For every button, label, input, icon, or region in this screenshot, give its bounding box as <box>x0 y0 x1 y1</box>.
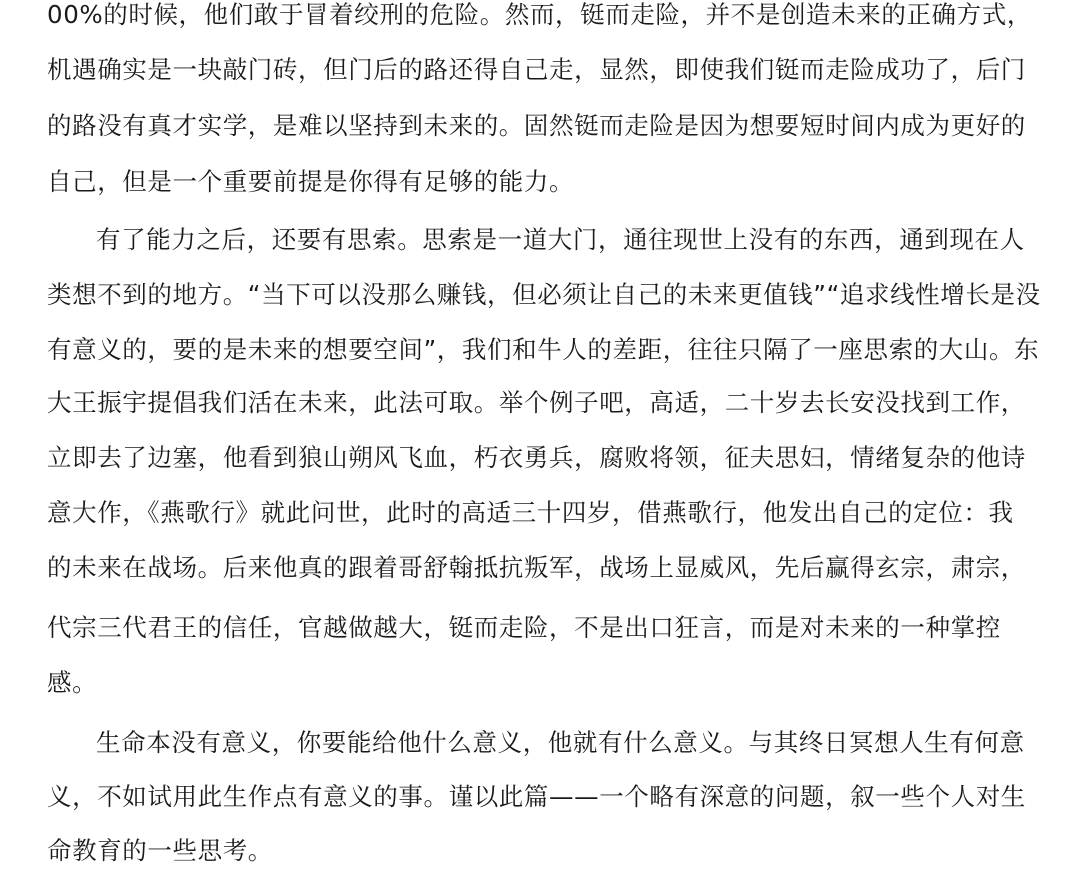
text-line: 意大作，《燕歌行》就此问世，此时的高适三十四岁，借燕歌行，他发出自己的定位：我 <box>47 498 1014 528</box>
text-line: 有了能力之后，还要有思索。思索是一道大门，通往现世上没有的东西，通到现在人 <box>96 225 1025 255</box>
text-line: 的未来在战场。后来他真的跟着哥舒翰抵抗叛军，战场上显威风，先后赢得玄宗，肃宗， <box>47 553 1026 583</box>
text-line: 00%的时候，他们敢于冒着绞刑的危险。然而，铤而走险，并不是创造未来的正确方式， <box>47 0 1032 30</box>
text-line: 类想不到的地方。“当下可以没那么赚钱，但必须让自己的未来更值钱”“追求线性增长是… <box>47 280 1041 310</box>
text-line: 代宗三代君王的信任，官越做越大，铤而走险，不是出口狂言，而是对未来的一种掌控 <box>47 613 1001 643</box>
text-line: 命教育的一些思考。 <box>47 836 273 866</box>
text-line: 大王振宇提倡我们活在未来，此法可取。举个例子吧，高适，二十岁去长安没找到工作， <box>47 388 1026 418</box>
text-line: 自己，但是一个重要前提是你得有足够的能力。 <box>47 167 574 197</box>
text-line: 机遇确实是一块敲门砖，但门后的路还得自己走，显然，即使我们铤而走险成功了，后门 <box>47 55 1026 85</box>
text-line: 感。 <box>47 668 97 698</box>
document-page: 00%的时候，他们敢于冒着绞刑的危险。然而，铤而走险，并不是创造未来的正确方式，… <box>0 0 1080 879</box>
text-line: 生命本没有意义，你要能给他什么意义，他就有什么意义。与其终日冥想人生有何意 <box>96 728 1025 758</box>
text-line: 义，不如试用此生作点有意义的事。谨以此篇——一个略有深意的问题，叙一些个人对生 <box>47 782 1026 812</box>
text-line: 的路没有真才实学，是难以坚持到未来的。固然铤而走险是因为想要短时间内成为更好的 <box>47 111 1026 141</box>
text-line: 立即去了边塞，他看到狼山朔风飞血，朽衣勇兵，腐败将领，征夫思妇，情绪复杂的他诗 <box>47 443 1026 473</box>
text-line: 有意义的，要的是未来的想要空间”，我们和牛人的差距，往往只隔了一座思索的大山。东 <box>47 335 1039 365</box>
